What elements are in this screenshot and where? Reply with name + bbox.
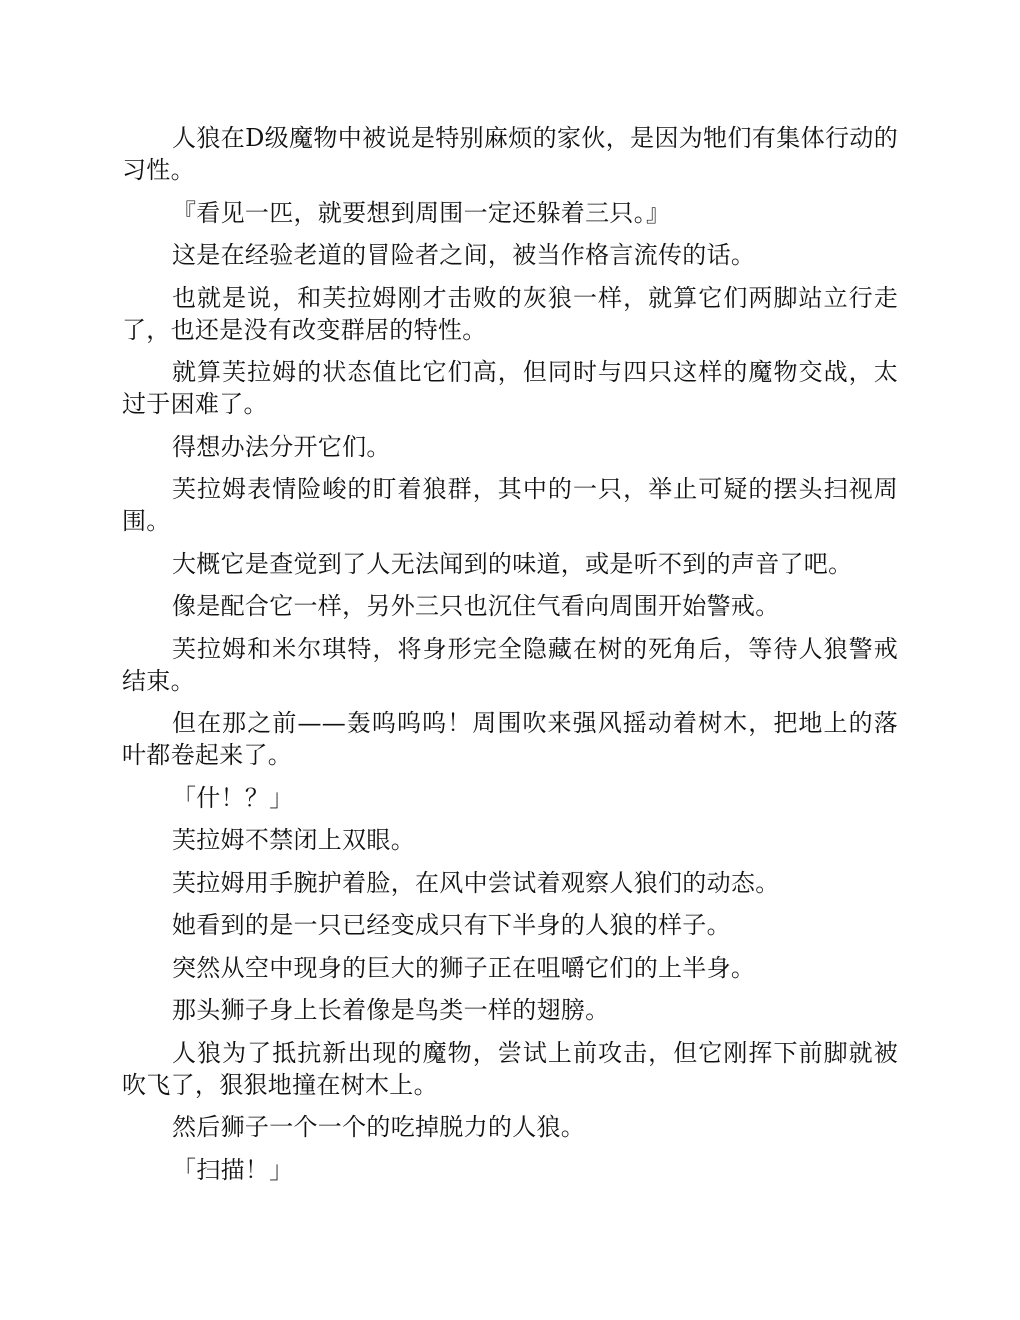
paragraph: 芙拉姆用手腕护着脸，在风中尝试着观察人狼们的动态。 [122, 867, 898, 899]
paragraph: 得想办法分开它们。 [122, 431, 898, 463]
paragraph: 这是在经验老道的冒险者之间，被当作格言流传的话。 [122, 239, 898, 271]
paragraph: 『看见一匹，就要想到周围一定还躲着三只。』 [122, 197, 898, 229]
paragraph: 但在那之前——轰呜呜呜！周围吹来强风摇动着树木，把地上的落叶都卷起来了。 [122, 707, 898, 771]
paragraph: 人狼为了抵抗新出现的魔物，尝试上前攻击，但它刚挥下前脚就被吹飞了，狠狠地撞在树木… [122, 1037, 898, 1101]
paragraph: 那头狮子身上长着像是鸟类一样的翅膀。 [122, 994, 898, 1026]
paragraph: 芙拉姆和米尔琪特，将身形完全隐藏在树的死角后，等待人狼警戒结束。 [122, 633, 898, 697]
paragraph: 大概它是查觉到了人无法闻到的味道，或是听不到的声音了吧。 [122, 548, 898, 580]
paragraph: 像是配合它一样，另外三只也沉住气看向周围开始警戒。 [122, 590, 898, 622]
dialogue-line: 「扫描！」 [122, 1154, 898, 1186]
paragraph: 芙拉姆不禁闭上双眼。 [122, 824, 898, 856]
dialogue-line: 「什！？」 [122, 782, 898, 814]
paragraph: 人狼在D级魔物中被说是特别麻烦的家伙，是因为牠们有集体行动的习性。 [122, 122, 898, 186]
paragraph: 然后狮子一个一个的吃掉脱力的人狼。 [122, 1111, 898, 1143]
document-page: 人狼在D级魔物中被说是特别麻烦的家伙，是因为牠们有集体行动的习性。 『看见一匹，… [122, 122, 898, 1196]
paragraph: 她看到的是一只已经变成只有下半身的人狼的样子。 [122, 909, 898, 941]
paragraph: 就算芙拉姆的状态值比它们高，但同时与四只这样的魔物交战，太过于困难了。 [122, 356, 898, 420]
paragraph: 也就是说，和芙拉姆刚才击败的灰狼一样，就算它们两脚站立行走了，也还是没有改变群居… [122, 282, 898, 346]
paragraph: 突然从空中现身的巨大的狮子正在咀嚼它们的上半身。 [122, 952, 898, 984]
paragraph: 芙拉姆表情险峻的盯着狼群，其中的一只，举止可疑的摆头扫视周围。 [122, 473, 898, 537]
